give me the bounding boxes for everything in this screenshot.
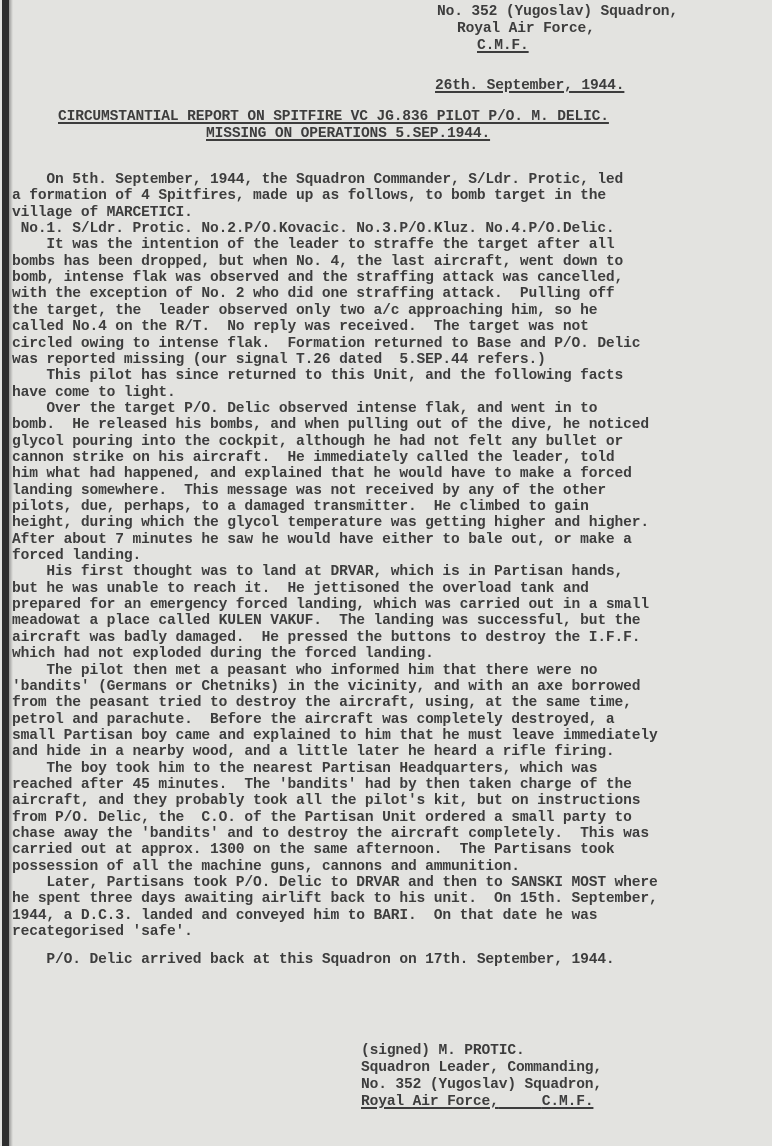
body-line: from the peasant tried to destroy the ai… [12,695,632,711]
signature-service-name: Royal Air Force, [361,1094,499,1110]
body-line: the target, the leader observed only two… [12,303,597,319]
body-line: His first thought was to land at DRVAR, … [12,564,623,580]
body-line: possession of all the machine guns, cann… [12,859,520,875]
body-line: forced landing. [12,548,141,564]
body-line: No.1. S/Ldr. Protic. No.2.P/O.Kovacic. N… [12,221,615,237]
body-line: height, during which the glycol temperat… [12,515,649,531]
body-line: reached after 45 minutes. The 'bandits' … [12,777,632,793]
body-line: recategorised 'safe'. [12,924,193,940]
body-line: called No.4 on the R/T. No reply was rec… [12,319,589,335]
body-line: bombs has been dropped, but when No. 4, … [12,254,623,270]
body-line: After about 7 minutes he saw he would ha… [12,532,632,548]
body-line: but he was unable to reach it. He jettis… [12,581,589,597]
body-line: landing somewhere. This message was not … [12,483,606,499]
report-title-line1: CIRCUMSTANTIAL REPORT ON SPITFIRE VC JG.… [58,109,609,125]
body-line: village of MARCETICI. [12,205,193,221]
body-line: It was the intention of the leader to st… [12,237,615,253]
letterhead-command: C.M.F. [477,38,529,54]
letterhead-unit: No. 352 (Yugoslav) Squadron, [437,4,678,20]
body-line: he spent three days awaiting airlift bac… [12,891,658,907]
body-line: aircraft, and they probably took all the… [12,793,640,809]
body-line: which had not exploded during the forced… [12,646,434,662]
body-line: 1944, a D.C.3. landed and conveyed him t… [12,908,597,924]
body-line: cannon strike on his aircraft. He immedi… [12,450,615,466]
body-line: glycol pouring into the cockpit, althoug… [12,434,623,450]
body-line: from P/O. Delic, the C.O. of the Partisa… [12,810,632,826]
body-line: This pilot has since returned to this Un… [12,368,623,384]
body-line: circled owing to intense flak. Formation… [12,336,640,352]
signature-rank: Squadron Leader, Commanding, [361,1060,602,1076]
body-line: and hide in a nearby wood, and a little … [12,744,615,760]
body-line: The boy took him to the nearest Partisan… [12,761,597,777]
body-line: On 5th. September, 1944, the Squadron Co… [12,172,623,188]
body-line: Later, Partisans took P/O. Delic to DRVA… [12,875,658,891]
body-line: bomb, intense flak was observed and the … [12,270,623,286]
body-line: petrol and parachute. Before the aircraf… [12,712,615,728]
signature-service: Royal Air Force, C.M.F. [361,1094,593,1110]
report-title-line2: MISSING ON OPERATIONS 5.SEP.1944. [206,126,490,142]
scan-binding-edge [2,0,9,1146]
body-line: 'bandits' (Germans or Chetniks) in the v… [12,679,640,695]
body-line: bomb. He released his bombs, and when pu… [12,417,649,433]
body-line: was reported missing (our signal T.26 da… [12,352,546,368]
body-line: aircraft was badly damaged. He pressed t… [12,630,640,646]
body-line: small Partisan boy came and explained to… [12,728,658,744]
body-line: meadowat a place called KULEN VAKUF. The… [12,613,640,629]
body-line: have come to light. [12,385,176,401]
body-line: pilots, due, perhaps, to a damaged trans… [12,499,589,515]
letterhead-service: Royal Air Force, [457,21,595,37]
body-line: with the exception of No. 2 who did one … [12,286,615,302]
body-line: Over the target P/O. Delic observed inte… [12,401,597,417]
report-date: 26th. September, 1944. [435,78,624,94]
signature-unit: No. 352 (Yugoslav) Squadron, [361,1077,602,1093]
signature-command: C.M.F. [542,1094,594,1110]
body-line: P/O. Delic arrived back at this Squadron… [12,952,615,968]
body-line: chase away the 'bandits' and to destroy … [12,826,649,842]
body-line: him what had happened, and explained tha… [12,466,632,482]
body-line: prepared for an emergency forced landing… [12,597,649,613]
body-line: carried out at approx. 1300 on the same … [12,842,615,858]
body-line: The pilot then met a peasant who informe… [12,663,597,679]
body-line: a formation of 4 Spitfires, made up as f… [12,188,606,204]
signature-name: (signed) M. PROTIC. [361,1043,525,1059]
